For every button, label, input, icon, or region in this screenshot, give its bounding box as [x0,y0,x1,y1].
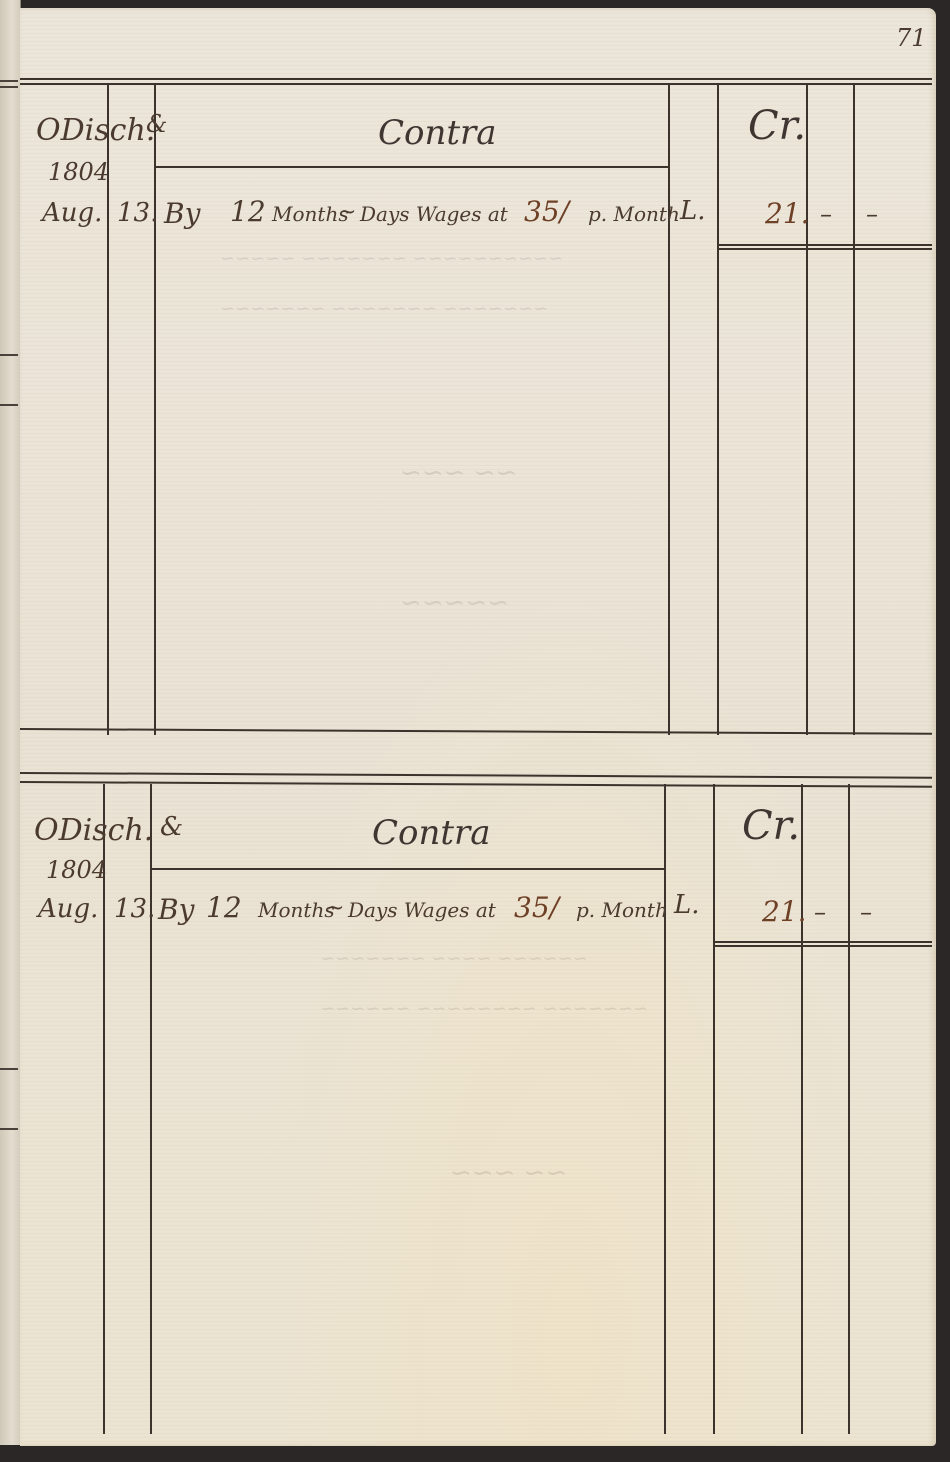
amount-total-rule [713,941,932,943]
description-by: By [158,896,194,924]
entry-day: 13. [114,896,155,922]
amount-pence: – [866,202,878,226]
facing-page-rule [0,404,18,406]
description-count: 12 [230,198,266,226]
facing-page-edge [0,0,21,1445]
top-rule [20,772,932,779]
column-divider-day [154,85,156,735]
column-divider-folio [713,784,715,1434]
credit-label: Cr. [748,106,806,146]
top-rule [20,781,932,788]
description-months: Months [258,900,335,920]
entry-month: Aug. [38,896,98,922]
page-number: 71 [896,26,927,50]
description-dash: ~ [338,202,356,224]
header-rule [150,868,664,870]
facing-page-rule [0,1068,18,1070]
account-suffix: & [160,814,183,840]
amount-shillings: – [814,900,826,924]
bleed-through-text: ~~~~~~ ~~~~ ~~~~~~~ [320,948,588,969]
facing-page-rule [0,354,18,356]
description-days-wages: Days Wages at [360,204,508,224]
amount-total-rule [717,244,932,246]
bleed-through-text: ~~~~~~~ ~~~~~~~ ~~~~~~~ [220,298,548,319]
top-rule [20,83,932,85]
folio-ref: L. [680,198,706,224]
description-per-month: p. Month [576,900,668,920]
column-divider-folio [717,85,719,735]
facing-page-rule [0,86,18,88]
column-divider-pounds [801,784,803,1434]
amount-pounds: 21. [762,898,807,926]
account-label: ODisch. [36,116,155,146]
bleed-through-text: ~~ ~~~ [450,1158,567,1188]
amount-total-rule [717,248,932,250]
ledger-page: 71 ~~~~~~~~~~ ~~~~~~~ ~~~~~ ~~~~~~~ ~~~~… [20,8,936,1446]
description-by: By [164,200,200,228]
entry-year: 1804 [46,858,107,882]
column-divider-pounds [806,85,808,735]
entry-year: 1804 [48,160,109,184]
amount-total-rule [713,945,932,947]
description-count: 12 [206,894,242,922]
column-divider-description [668,85,670,735]
bleed-through-text: ~~~~~ [400,588,509,618]
bleed-through-text: ~~~~~~~ ~~~~~~~~ ~~~~~~ [320,998,648,1019]
account-label: ODisch. [34,816,153,846]
credit-label: Cr. [742,806,800,846]
amount-pounds: 21. [765,200,810,228]
description-days-wages: Days Wages at [348,900,496,920]
entry-day: 13. [117,200,158,226]
contra-heading: Contra [372,816,491,850]
account-suffix: & [146,112,167,136]
contra-heading: Contra [378,116,497,150]
description-rate: 35/ [524,198,569,226]
column-divider-description [664,784,666,1434]
description-rate: 35/ [514,894,559,922]
bleed-through-text: ~~~~~~~~~~ ~~~~~~~ ~~~~~ [220,248,563,269]
amount-shillings: – [820,202,832,226]
description-per-month: p. Month [588,204,680,224]
folio-ref: L. [674,892,700,918]
entry-month: Aug. [42,200,102,226]
description-dash: ~ [326,898,344,920]
column-divider-shillings [848,784,850,1434]
top-rule [20,78,932,80]
bleed-through-text: ~~ ~~~ [400,458,517,488]
amount-pence: – [860,900,872,924]
column-divider-shillings [853,85,855,735]
entry-bottom-rule [20,728,932,735]
header-rule [154,166,668,168]
facing-page-rule [0,1128,18,1130]
column-divider-day [150,784,152,1434]
facing-page-rule [0,80,18,82]
